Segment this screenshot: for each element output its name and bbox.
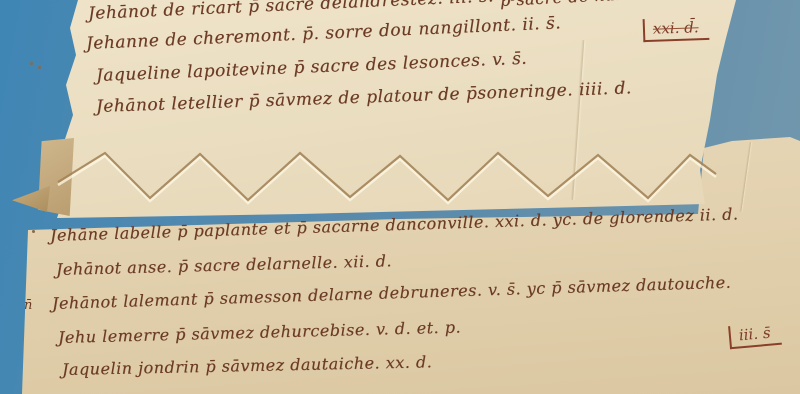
margin-dot [38, 66, 41, 69]
margin-sum-box: iii. s̄ [728, 322, 781, 349]
margin-sum-box: xxi. d̄. [643, 17, 709, 42]
chirograph-zigzag [50, 140, 720, 212]
margin-dot [32, 230, 35, 233]
margin-dot [30, 62, 33, 65]
torn-parchment-tab-point [12, 186, 50, 212]
manuscript-photo: p̄ sacre de hamman. i. d. Jehānot de ric… [0, 0, 800, 394]
margin-mark: n̄ [24, 298, 32, 313]
